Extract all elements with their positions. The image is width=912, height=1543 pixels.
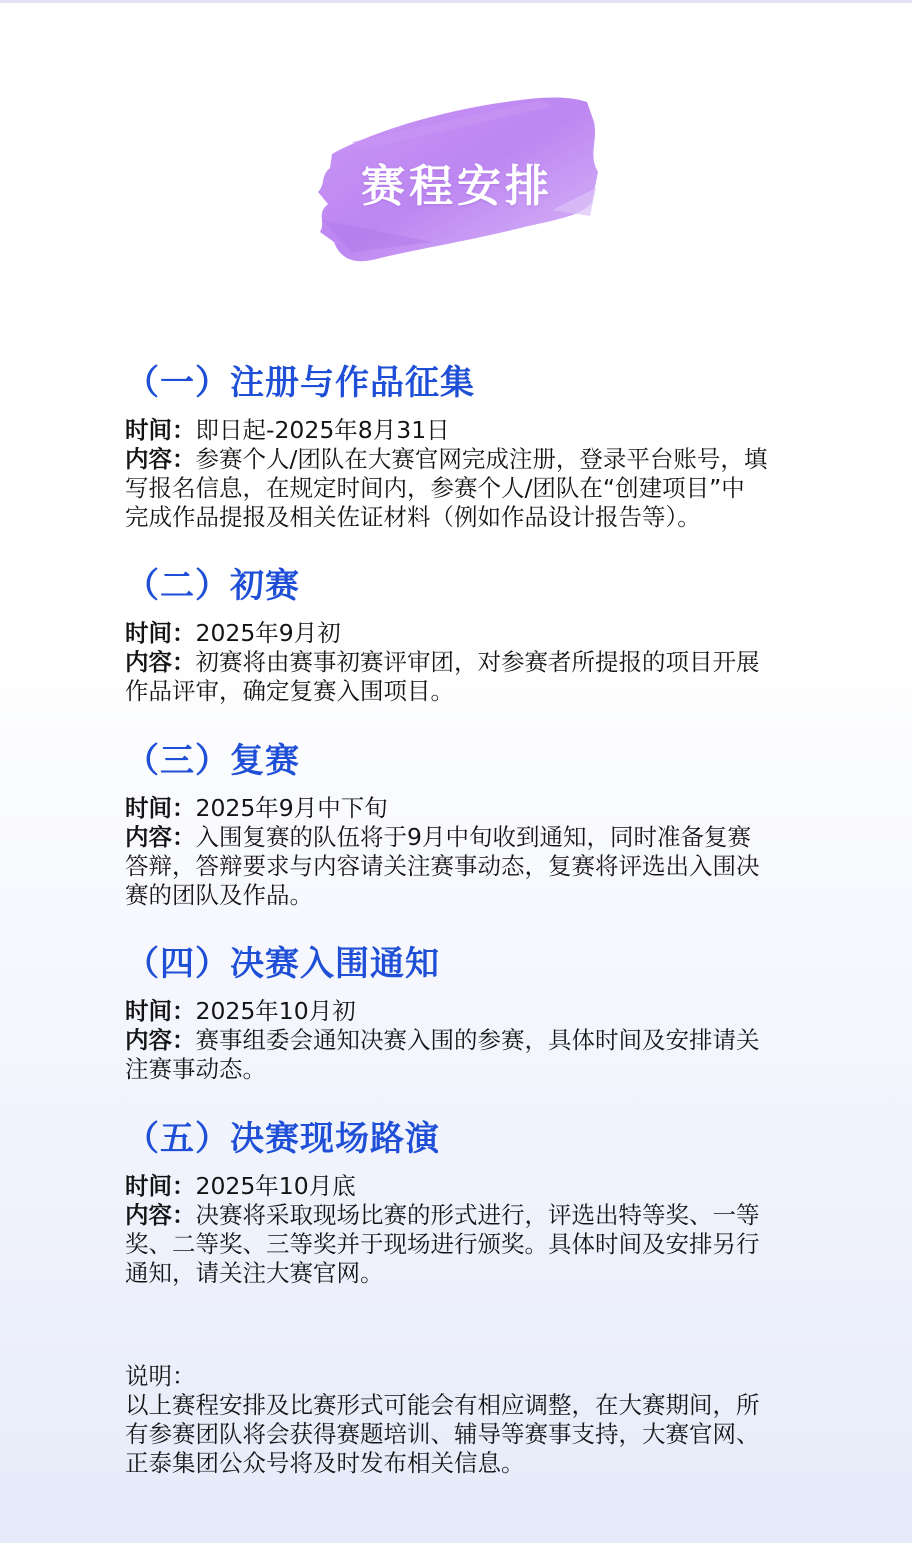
content-text: 答辩，答辩要求与内容请关注赛事动态，复赛将评选出入围决 [125, 852, 815, 881]
content-text: 完成作品提报及相关佐证材料（例如作品设计报告等）。 [125, 503, 815, 532]
content-text: 作品评审，确定复赛入围项目。 [125, 677, 815, 706]
time-label: 时间： [125, 997, 196, 1025]
content-text: 写报名信息，在规定时间内，参赛个人/团队在“创建项目”中 [125, 474, 815, 503]
content-label: 内容： [125, 1201, 196, 1229]
content-text: 参赛个人/团队在大赛官网完成注册，登录平台账号，填 [196, 445, 768, 473]
time-label: 时间： [125, 794, 196, 822]
content-text: 奖、二等奖、三等奖并于现场进行颁奖。具体时间及安排另行 [125, 1230, 815, 1259]
section-title: （四）决赛入围通知 [125, 941, 815, 987]
title-banner: 赛程安排 [312, 92, 602, 267]
time-value: 2025年9月初 [196, 619, 341, 647]
content-label: 内容： [125, 1026, 196, 1054]
schedule-section-final-notice: （四）决赛入围通知 时间：2025年10月初 内容：赛事组委会通知决赛入围的参赛… [125, 941, 815, 1116]
time-value: 2025年10月初 [196, 997, 356, 1025]
note-text: 以上赛程安排及比赛形式可能会有相应调整，在大赛期间，所 [125, 1391, 815, 1420]
time-row: 时间：2025年9月初 [125, 619, 815, 648]
content-text: 通知，请关注大赛官网。 [125, 1259, 815, 1288]
content-row: 内容：参赛个人/团队在大赛官网完成注册，登录平台账号，填 [125, 445, 815, 474]
time-row: 时间：2025年10月底 [125, 1172, 815, 1201]
time-row: 时间：2025年9月中下旬 [125, 794, 815, 823]
time-value: 2025年10月底 [196, 1172, 356, 1200]
schedule-section-final-roadshow: （五）决赛现场路演 时间：2025年10月底 内容：决赛将采取现场比赛的形式进行… [125, 1116, 815, 1319]
time-value: 即日起-2025年8月31日 [196, 416, 450, 444]
section-title: （五）决赛现场路演 [125, 1116, 815, 1162]
content-text: 赛事组委会通知决赛入围的参赛，具体时间及安排请关 [196, 1026, 760, 1054]
content-label: 内容： [125, 823, 196, 851]
content-text: 注赛事动态。 [125, 1055, 815, 1084]
schedule-section-registration: （一）注册与作品征集 时间：即日起-2025年8月31日 内容：参赛个人/团队在… [125, 360, 815, 563]
content-text: 赛的团队及作品。 [125, 881, 815, 910]
content-label: 内容： [125, 648, 196, 676]
time-label: 时间： [125, 619, 196, 647]
content-text: 初赛将由赛事初赛评审团，对参赛者所提报的项目开展 [196, 648, 760, 676]
notes-block: 说明： 以上赛程安排及比赛形式可能会有相应调整，在大赛期间，所 有参赛团队将会获… [125, 1362, 815, 1478]
section-title: （一）注册与作品征集 [125, 360, 815, 406]
content-label: 内容： [125, 445, 196, 473]
time-value: 2025年9月中下旬 [196, 794, 388, 822]
time-label: 时间： [125, 416, 196, 444]
time-label: 时间： [125, 1172, 196, 1200]
time-row: 时间：即日起-2025年8月31日 [125, 416, 815, 445]
page-title: 赛程安排 [312, 150, 602, 214]
section-title: （三）复赛 [125, 738, 815, 784]
note-text: 正泰集团公众号将及时发布相关信息。 [125, 1449, 815, 1478]
schedule-section-semifinal: （三）复赛 时间：2025年9月中下旬 内容：入围复赛的队伍将于9月中旬收到通知… [125, 738, 815, 941]
content-text: 入围复赛的队伍将于9月中旬收到通知，同时准备复赛 [196, 823, 751, 851]
note-text: 有参赛团队将会获得赛题培训、辅导等赛事支持，大赛官网、 [125, 1420, 815, 1449]
content-row: 内容：赛事组委会通知决赛入围的参赛，具体时间及安排请关 [125, 1026, 815, 1055]
time-row: 时间：2025年10月初 [125, 997, 815, 1026]
content-row: 内容：决赛将采取现场比赛的形式进行，评选出特等奖、一等 [125, 1201, 815, 1230]
content-text: 决赛将采取现场比赛的形式进行，评选出特等奖、一等 [196, 1201, 760, 1229]
top-strip [0, 0, 912, 3]
content-row: 内容：入围复赛的队伍将于9月中旬收到通知，同时准备复赛 [125, 823, 815, 852]
schedule-section-preliminary: （二）初赛 时间：2025年9月初 内容：初赛将由赛事初赛评审团，对参赛者所提报… [125, 563, 815, 738]
content-row: 内容：初赛将由赛事初赛评审团，对参赛者所提报的项目开展 [125, 648, 815, 677]
schedule-content: （一）注册与作品征集 时间：即日起-2025年8月31日 内容：参赛个人/团队在… [125, 360, 815, 1319]
section-title: （二）初赛 [125, 563, 815, 609]
note-heading: 说明： [125, 1362, 815, 1391]
